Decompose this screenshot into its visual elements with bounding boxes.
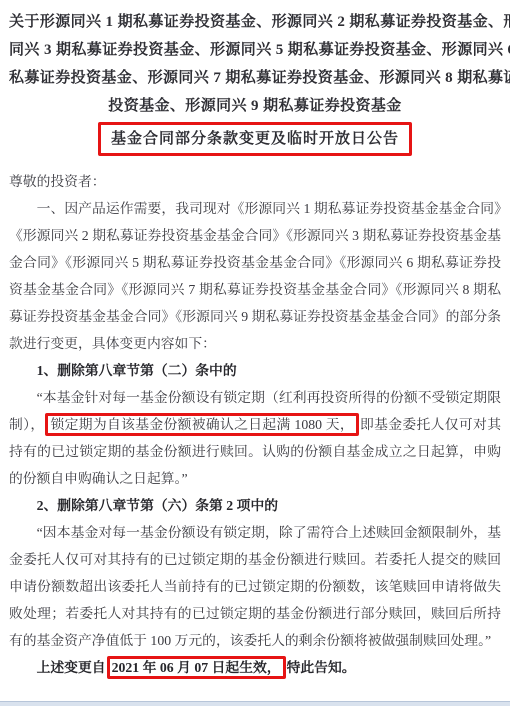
effective-date-highlight-box: 2021 年 06 月 07 日起生效， xyxy=(107,656,286,679)
section1-quote: “本基金针对每一基金份额设有锁定期（红利再投资所得的份额不受锁定期限制），锁定期… xyxy=(9,384,501,492)
document-subtitle: 基金合同部分条款变更及临时开放日公告 xyxy=(111,131,399,147)
closing-line: 上述变更自2021 年 06 月 07 日起生效，特此告知。 xyxy=(9,654,501,681)
lockup-period-text: 锁定期为自该基金份额被确认之日起满 1080 天， xyxy=(50,417,354,432)
closing-text-after: 特此告知。 xyxy=(287,660,356,675)
subtitle-highlight-box: 基金合同部分条款变更及临时开放日公告 xyxy=(98,122,412,156)
title-line-4: 投资基金、形源同兴 9 期私募证券投资基金 xyxy=(9,92,501,120)
document-title: 关于形源同兴 1 期私募证券投资基金、形源同兴 2 期私募证券投资基金、形源 同… xyxy=(9,8,501,120)
section1-heading: 1、删除第八章节第（二）条中的 xyxy=(9,357,501,384)
title-line-3: 私募证券投资基金、形源同兴 7 期私募证券投资基金、形源同兴 8 期私募证券 xyxy=(9,64,501,92)
section2-heading: 2、删除第八章节第（六）条第 2 项中的 xyxy=(9,492,501,519)
title-line-1: 关于形源同兴 1 期私募证券投资基金、形源同兴 2 期私募证券投资基金、形源 xyxy=(9,8,501,36)
effective-date-text: 2021 年 06 月 07 日起生效， xyxy=(112,660,281,675)
subtitle-row: 基金合同部分条款变更及临时开放日公告 xyxy=(9,122,501,156)
closing-text-before: 上述变更自 xyxy=(37,660,106,675)
lockup-period-highlight-box: 锁定期为自该基金份额被确认之日起满 1080 天， xyxy=(45,413,359,436)
section2-quote: “因本基金对每一基金份额设有锁定期，除了需符合上述赎回金额限制外，基金委托人仅可… xyxy=(9,519,501,654)
announcement-document: 关于形源同兴 1 期私募证券投资基金、形源同兴 2 期私募证券投资基金、形源 同… xyxy=(0,0,510,706)
salutation: 尊敬的投资者： xyxy=(9,168,501,195)
intro-paragraph: 一、因产品运作需要，我司现对《形源同兴 1 期私募证券投资基金基金合同》《形源同… xyxy=(9,195,501,357)
title-line-2: 同兴 3 期私募证券投资基金、形源同兴 5 期私募证券投资基金、形源同兴 6 期 xyxy=(9,36,501,64)
page-bottom-edge xyxy=(0,701,510,706)
